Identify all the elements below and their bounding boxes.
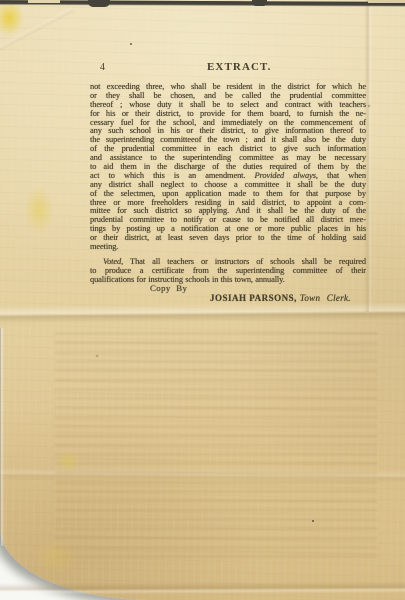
printed-page-content: 4 EXTRACT. not exceeding three, who shal… — [0, 0, 405, 600]
text-line: qualifications for instructing schools i… — [90, 276, 366, 285]
page-title: EXTRACT. — [207, 61, 272, 73]
scanned-document-canvas: 4 EXTRACT. not exceeding three, who shal… — [0, 0, 405, 600]
body-paragraph-1: not exceeding three, who shall be reside… — [90, 83, 366, 252]
signature-role: Town Clerk. — [300, 293, 351, 303]
page-number: 4 — [100, 62, 105, 73]
signature-name: JOSIAH PARSONS, — [210, 293, 297, 303]
text-line: meeting. — [90, 243, 366, 252]
copy-by-line: Copy By — [150, 284, 187, 293]
signature-line: JOSIAH PARSONS,Town Clerk. — [210, 293, 351, 303]
body-paragraph-2: Voted, That all teachers or instructors … — [90, 258, 366, 285]
text-line: or their district, at least seven days p… — [90, 234, 366, 243]
text-column: not exceeding three, who shall be reside… — [90, 83, 366, 285]
